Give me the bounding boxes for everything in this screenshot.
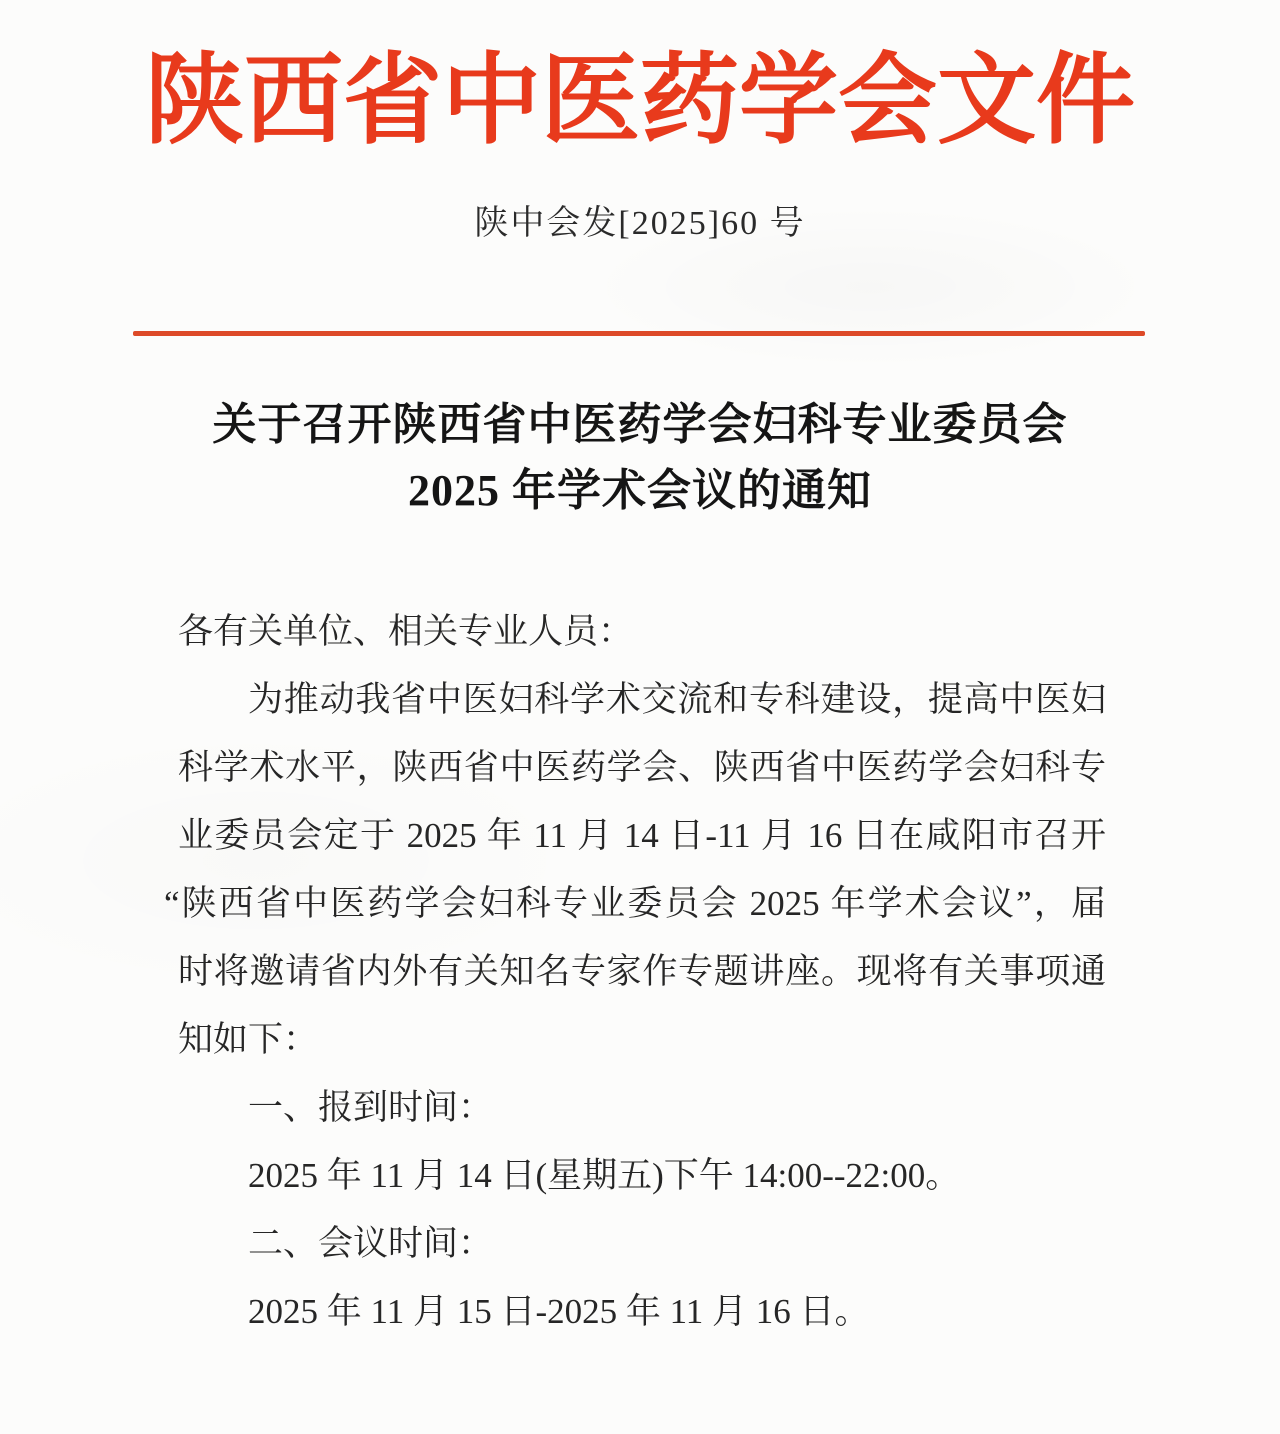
document-number: 陕中会发[2025]60 号 xyxy=(0,201,1280,247)
salutation-line: 各有关单位、相关专业人员： xyxy=(178,598,1106,666)
meeting-time-value: 2025 年 11 月 15 日-2025 年 11 月 16 日。 xyxy=(178,1278,1106,1346)
notice-title: 关于召开陕西省中医药学会妇科专业委员会 2025 年学术会议的通知 xyxy=(0,392,1280,524)
paragraph-line: 为推动我省中医妇科学术交流和专科建设，提高中医妇 xyxy=(178,666,1106,734)
section-heading-meeting-time: 二、会议时间： xyxy=(178,1210,1106,1278)
paragraph-line: 知如下： xyxy=(178,1006,1106,1074)
body-text: 各有关单位、相关专业人员： 为推动我省中医妇科学术交流和专科建设，提高中医妇 科… xyxy=(178,598,1106,1346)
paragraph-line: 时将邀请省内外有关知名专家作专题讲座。现将有关事项通 xyxy=(178,938,1106,1006)
paragraph-line: 科学术水平，陕西省中医药学会、陕西省中医药学会妇科专 xyxy=(178,734,1106,802)
report-time-value: 2025 年 11 月 14 日(星期五)下午 14:00--22:00。 xyxy=(178,1142,1106,1210)
paragraph-line: “陕西省中医药学会妇科专业委员会 2025 年学术会议”，届 xyxy=(178,870,1106,938)
document-page: 陕西省中医药学会文件 陕中会发[2025]60 号 关于召开陕西省中医药学会妇科… xyxy=(0,0,1280,1434)
notice-title-line1: 关于召开陕西省中医药学会妇科专业委员会 xyxy=(0,392,1280,458)
letterhead-title: 陕西省中医药学会文件 xyxy=(0,40,1280,164)
section-heading-report-time: 一、报到时间： xyxy=(178,1074,1106,1142)
red-separator-line xyxy=(133,331,1145,336)
paragraph-line: 业委员会定于 2025 年 11 月 14 日-11 月 16 日在咸阳市召开 xyxy=(178,802,1106,870)
notice-title-line2: 2025 年学术会议的通知 xyxy=(0,458,1280,524)
